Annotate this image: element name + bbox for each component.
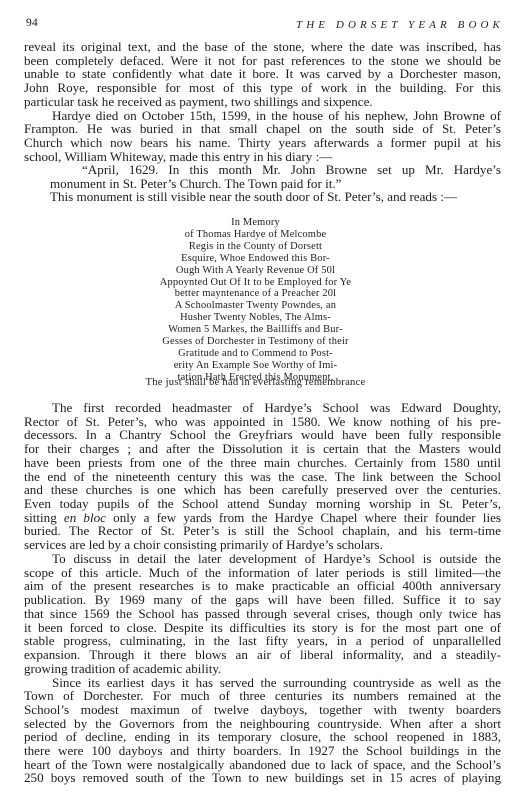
text-line: it been forced to close. Despite its dif… [24,621,501,635]
text-line: services are led by a choir consisting p… [24,538,501,552]
text-line-with-italic: sitting en bloc only a few yards from th… [24,511,501,525]
text-line: reveal its original text, and the base o… [24,40,501,54]
page-number: 94 [26,17,38,29]
text-line: scope of this article. Much of the infor… [24,566,501,580]
text-line: growing tradition of academic ability. [24,662,501,676]
text-line: stable progress, culminating, in the las… [24,634,501,648]
text-line: aim of the present researches is to make… [24,579,501,593]
inscription-line: Ough With A Yearly Revenue Of 50l [0,265,514,277]
text-line: decessors. In a Chantry School the Greyf… [24,428,501,442]
text-line: and these churches is one which has been… [24,483,501,497]
text-line: Even today pupils of the School attend S… [24,497,501,511]
paragraph-hardye-death: Hardye died on October 15th, 1599, in th… [24,109,501,164]
text-line: buried. The Rector of St. Peter’s is sti… [24,524,501,538]
text-line: unable to state confidently what date it… [24,67,501,81]
text-line: period of decline, ending in its tempora… [24,730,501,744]
inscription-line: Husher Twenty Nobles, The Alms- [0,312,514,324]
monument-inscription: In Memory of Thomas Hardye of Melcombe R… [0,217,514,384]
text-line: heart of the Town were nostalgically aba… [24,758,501,772]
text-line: John Roye, responsible for most of this … [24,81,501,95]
paragraph-countryside: Since its earliest days it has served th… [24,676,501,786]
text-line: that since 1569 the School has passed th… [24,607,501,621]
text-line: Town of Dorchester. For much of three ce… [24,689,501,703]
text-line: Since its earliest days it has served th… [24,676,501,690]
inscription-line: A Schoolmaster Twenty Powndes, an [0,300,514,312]
text-line: there were 100 dayboys and thirty boarde… [24,744,501,758]
book-page: 94 THE DORSET YEAR BOOK reveal its origi… [0,0,517,799]
text-line: publication. By 1969 many of the gaps wi… [24,593,501,607]
text-line: the end of the nineteenth century this w… [24,470,501,484]
inscription-line: Gratitude and to Commend to Post- [0,348,514,360]
inscription-line: In Memory [0,217,514,229]
text-line: 250 boys removed south of the Town to ne… [24,771,501,785]
epitaph: The just shall be had in everlasting rem… [0,377,514,388]
inscription-line: Regis in the County of Dorsett [0,241,514,253]
text-line: particular task he received as payment, … [24,95,501,109]
text-line: The first recorded headmaster of Hardye’… [24,401,501,415]
inscription-line: of Thomas Hardye of Melcombe [0,229,514,241]
inscription-line: Appoynted Out Of It to be Employed for Y… [0,277,514,289]
inscription-line: Gesses of Dorchester in Testimony of the… [0,336,514,348]
text-line: Frampton. He was buried in that small ch… [24,122,501,136]
text-line: To discuss in detail the later developme… [24,552,501,566]
text-line: for their charges ; and after the Dissol… [24,442,501,456]
diary-quote: “April, 1629. In this month Mr. John Bro… [24,163,501,204]
paragraph-continuation: reveal its original text, and the base o… [24,40,501,109]
paragraph-first-headmaster: The first recorded headmaster of Hardye’… [24,401,501,552]
text-line: Hardye died on October 15th, 1599, in th… [24,109,501,123]
text-line: Rector of St. Peter’s, who was appointed… [24,415,501,429]
text-line: School’s modest maximun of twelve dayboy… [24,703,501,717]
text-line: Church which now bears his name. Thirty … [24,136,501,150]
text-line: been completely defaced. Were it not for… [24,54,501,68]
text-line: expansion. Through it there blows an air… [24,648,501,662]
paragraph-later-development: To discuss in detail the later developme… [24,552,501,675]
inscription-line: Esquire, Whoe Endowed this Bor- [0,253,514,265]
inscription-line: better mayntenance of a Preacher 20l [0,288,514,300]
inscription-line: erity An Example Soe Worthy of Imi- [0,360,514,372]
text-line: selected by the Governors from the neigh… [24,717,501,731]
text-line: have been priests from one of the three … [24,456,501,470]
running-title: THE DORSET YEAR BOOK [296,19,504,31]
inscription-line: Women 5 Markes, the Bailliffs and Bur- [0,324,514,336]
quote-line: “April, 1629. In this month Mr. John Bro… [24,163,501,177]
quote-line: monument in St. Peter’s Church. The Town… [24,177,501,191]
text-line: This monument is still visible near the … [24,190,501,204]
